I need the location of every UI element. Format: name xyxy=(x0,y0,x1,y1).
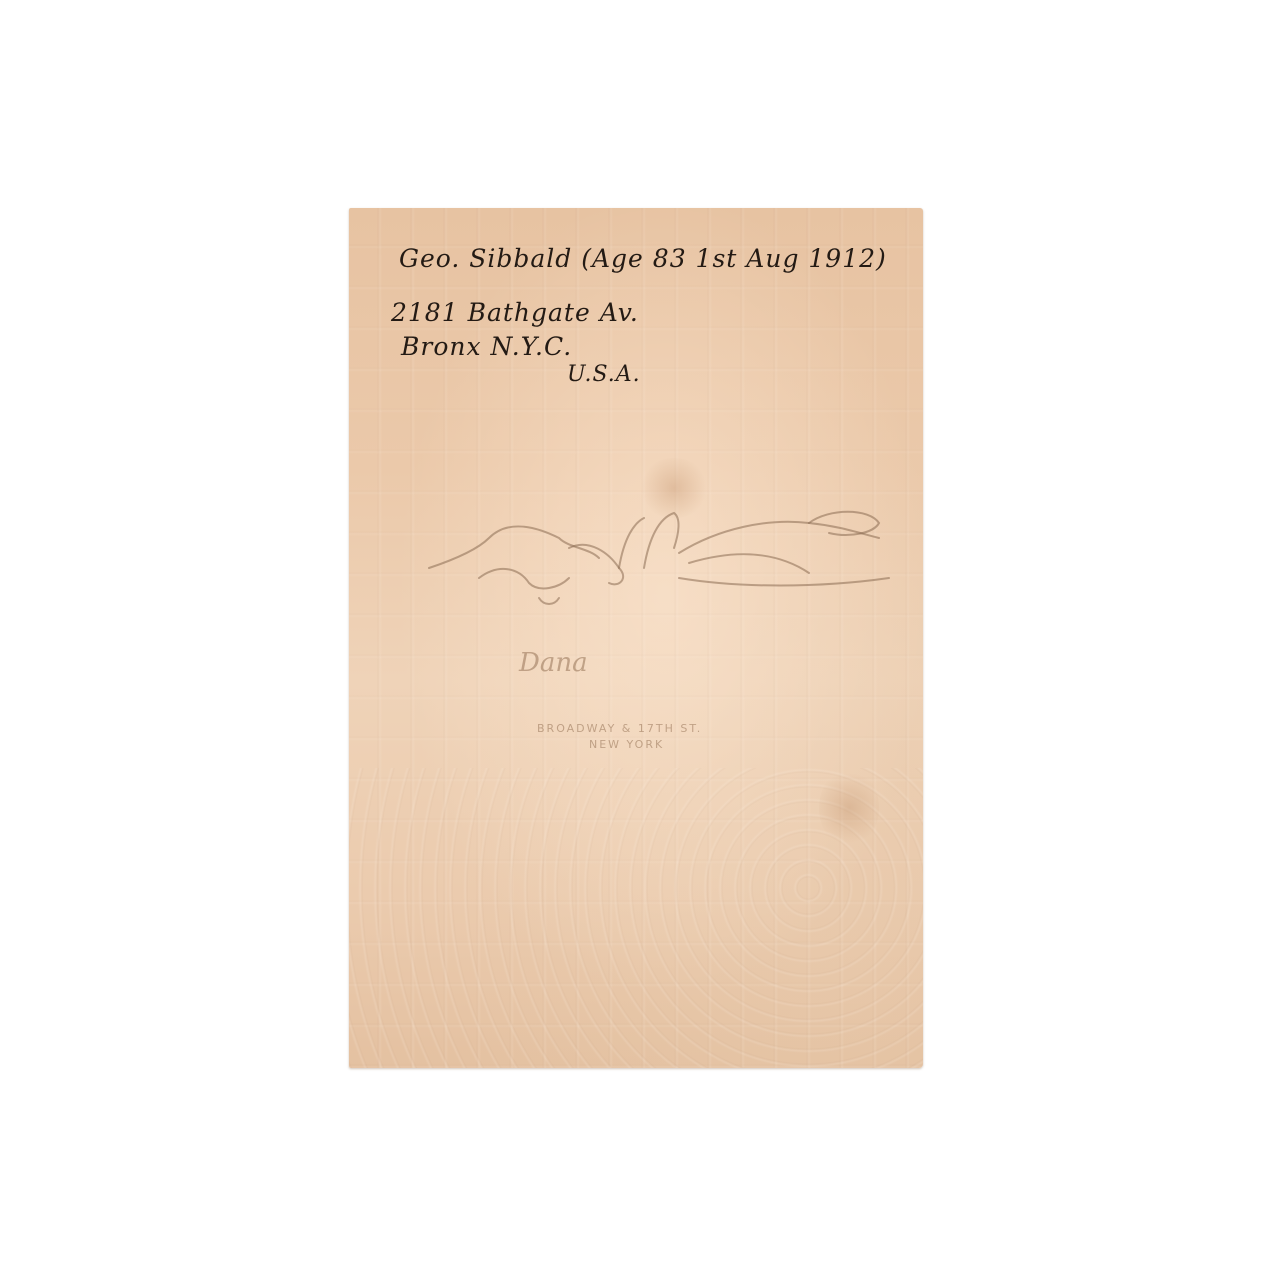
inscription-country-line: U.S.A. xyxy=(567,362,641,387)
cabinet-card-back: Geo. Sibbald (Age 83 1st Aug 1912) 2181 … xyxy=(349,208,923,1068)
studio-address: BROADWAY & 17TH ST. xyxy=(537,722,702,735)
studio-city: NEW YORK xyxy=(589,738,664,751)
studio-name: Dana xyxy=(519,648,588,678)
photo-stage: Geo. Sibbald (Age 83 1st Aug 1912) 2181 … xyxy=(0,0,1280,1280)
embossed-ornament-icon xyxy=(419,478,899,618)
inscription-name-line: Geo. Sibbald (Age 83 1st Aug 1912) xyxy=(399,244,887,273)
inscription-city-line: Bronx N.Y.C. xyxy=(401,332,572,361)
inscription-street-line: 2181 Bathgate Av. xyxy=(391,298,639,327)
age-stain xyxy=(819,768,879,848)
